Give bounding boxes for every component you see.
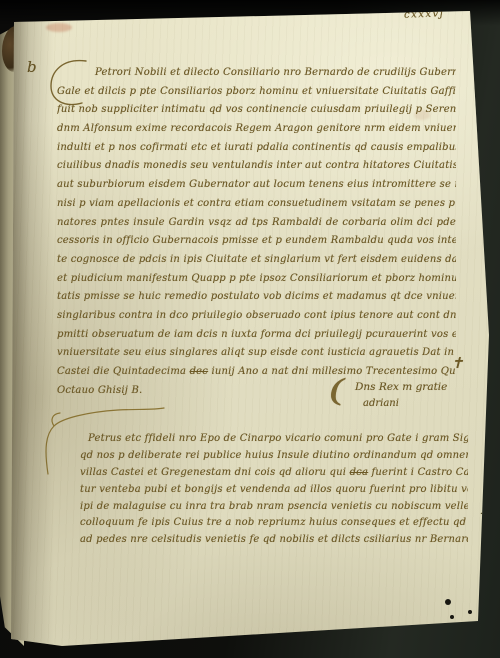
manuscript-line: te cognosce de pdcis in ipis Ciuitate et… bbox=[57, 251, 456, 270]
parchment-hole bbox=[450, 615, 454, 619]
manuscript-line: tur venteba pubi et bongijs et vendenda … bbox=[80, 482, 468, 499]
manuscript-line: qd nos p deliberate rei publice huius In… bbox=[80, 448, 468, 465]
text-block-1: Petrori Nobili et dilecto Consiliario nr… bbox=[57, 64, 456, 400]
manuscript-line: indulti et p nos cofirmati etc et iurati… bbox=[57, 139, 456, 158]
manuscript-line: et piudicium manifestum Quapp p pte ipso… bbox=[57, 270, 456, 289]
manuscript-line: Petrus etc ffideli nro Epo de Cinarpo vi… bbox=[80, 431, 468, 448]
manuscript-line: Petrori Nobili et dilecto Consiliario nr… bbox=[57, 64, 456, 83]
manuscript-line: Gale et dilcis p pte Consiliarios pborz … bbox=[57, 83, 456, 102]
notarial-cross-mark: ✝ bbox=[451, 354, 464, 372]
manuscript-line: tatis pmisse se huic remedio postulato v… bbox=[57, 288, 456, 307]
manuscript-line: fuit nob suppliciter intimatu qd vos con… bbox=[57, 101, 456, 120]
manuscript-line: ad pedes nre celsitudis venietis fe qd n… bbox=[80, 532, 468, 549]
manuscript-line: Castei die Quintadecima dec iunij Ano a … bbox=[57, 363, 456, 382]
manuscript-line: ciuilibus dnadis monedis seu ventulandis… bbox=[57, 157, 456, 176]
manuscript-line: dnm Alfonsum exime recordacois Regem Ara… bbox=[57, 120, 456, 139]
subscription-line: Dns Rex m gratie bbox=[355, 381, 447, 393]
manuscript-line: ipi de malaguise cu inra tra brab nram p… bbox=[80, 499, 468, 516]
parchment-page: cxxxvj b Petrori Nobili et dilecto Consi… bbox=[0, 0, 500, 658]
text-block-2: Petrus etc ffideli nro Epo de Cinarpo vi… bbox=[80, 431, 468, 549]
margin-letter: b bbox=[27, 58, 37, 76]
parchment-hole bbox=[445, 599, 451, 605]
parchment-hole bbox=[468, 610, 472, 614]
red-ink-smudge bbox=[46, 23, 72, 32]
subscription-bracket: ( bbox=[326, 374, 349, 410]
manuscript-line: aut suburbiorum eisdem Gubernator aut lo… bbox=[57, 176, 456, 195]
folio-number: cxxxvj bbox=[404, 8, 445, 20]
manuscript-scan: cxxxvj b Petrori Nobili et dilecto Consi… bbox=[0, 0, 500, 658]
manuscript-line: singlaribus contra in dco priuilegio obs… bbox=[57, 307, 456, 326]
manuscript-line: vniuersitate seu eius singlares aliqt su… bbox=[57, 344, 456, 363]
subscription-line: adriani bbox=[363, 398, 399, 409]
parchment-hole bbox=[433, 626, 436, 629]
manuscript-line: pmitti obseruatum de iam dcis n iuxta fo… bbox=[57, 326, 456, 345]
manuscript-line: nisi p viam apellacionis et contra etiam… bbox=[57, 195, 456, 214]
margin-edge-bracket: ] bbox=[481, 490, 487, 517]
manuscript-line: cessoris in officio Gubernacois pmisse e… bbox=[57, 232, 456, 251]
manuscript-line: villas Castei et Gregenestam dni cois qd… bbox=[80, 465, 468, 482]
manuscript-line: natores pntes insule Gardin vsqz ad tps … bbox=[57, 214, 456, 233]
manuscript-line: colloquum fe ipis Cuius tre a nob repriu… bbox=[80, 515, 468, 532]
